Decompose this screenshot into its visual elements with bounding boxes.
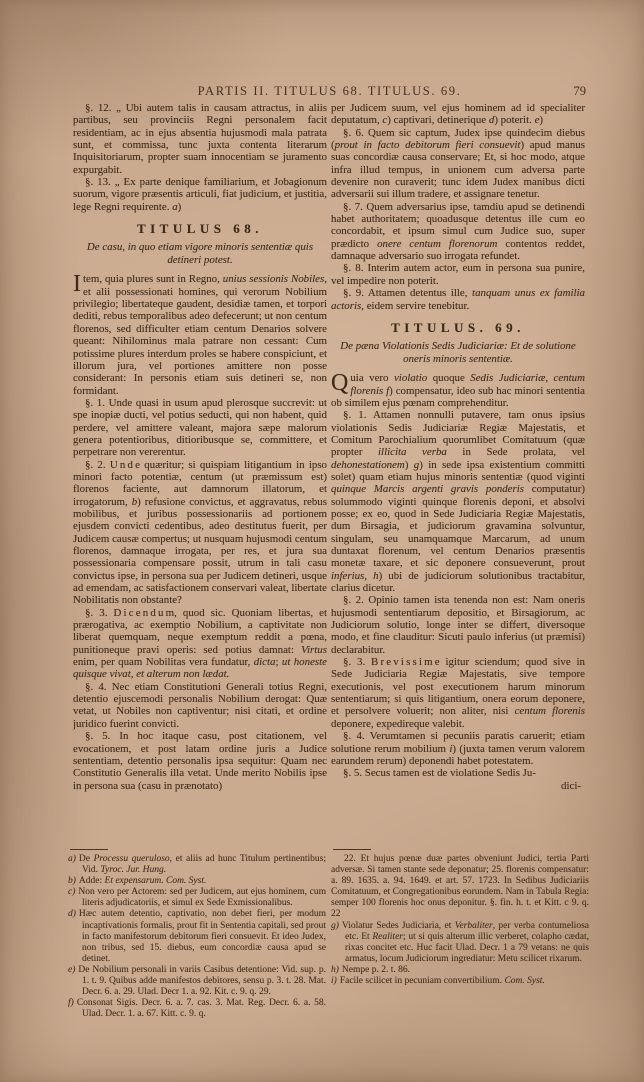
- footnote-marker: b): [68, 876, 79, 886]
- footnote-text: De Processu queruloso, et aliis ad hunc …: [79, 854, 326, 875]
- footnote-marker: i): [331, 976, 340, 986]
- footnote-text: Violatur Sedes Judiciaria, et Verbaliter…: [342, 921, 589, 964]
- footnote-i: i)Facile scilicet in pecuniam convertibi…: [331, 976, 589, 987]
- left-column: §. 12. „ Ubi autem talis in causam attra…: [73, 102, 327, 850]
- footnote-a: a)De Processu queruloso, et aliis ad hun…: [68, 854, 326, 876]
- page-header: PARTIS II. TITULUS 68. TITULUS. 69. 79: [73, 84, 586, 100]
- footnote-separator-rule: [333, 849, 371, 850]
- paragraph-t68-6: §. 6. Quem sic captum, Judex ipse quinde…: [331, 127, 585, 201]
- titulus-69-subtitle: De pæna Violationis Sedis Judiciariæ: Et…: [337, 340, 579, 365]
- paragraph-section-13: §. 13. „ Ex parte denique familiarium, e…: [73, 176, 327, 213]
- footnote-text: Adde: Et expensarum. Com. Syst.: [79, 876, 206, 886]
- footnote-continuation: 22. Et hujus pœnæ duæ partes obveniunt J…: [331, 854, 589, 921]
- paragraph-t68-4: §. 4. Nec etiam Constitutioni Generali t…: [73, 681, 327, 730]
- footnote-e: e)De Nobilium personali in variis Casibu…: [68, 965, 326, 998]
- footnote-b: b)Adde: Et expensarum. Com. Syst.: [68, 876, 326, 887]
- footnote-marker: f): [68, 998, 77, 1008]
- paragraph-t69-1: §. 1. Attamen nonnulli putavere, tam onu…: [331, 409, 585, 594]
- footnote-text: Non vero per Actorem: sed per Judicem, a…: [78, 887, 326, 908]
- paragraph-t68-9: §. 9. Attamen detentus ille, tanquam unu…: [331, 287, 585, 312]
- paragraph-item: Item, quia plures sunt in Regno, unius s…: [73, 273, 327, 396]
- footnote-text: Hæc autem detentio, captivatio, non debe…: [79, 909, 326, 963]
- footnote-text: Nempe p. 2. t. 86.: [342, 965, 410, 975]
- paragraph-t69-5: §. 5. Secus tamen est de violatione Sedi…: [331, 767, 585, 779]
- titulus-68-heading: TITULUS 68.: [73, 223, 327, 235]
- footnote-c: c)Non vero per Actorem: sed per Judicem,…: [68, 887, 326, 909]
- paragraph-quia: Quia vero violatio quoque Sedis Judiciar…: [331, 372, 585, 409]
- footnote-f: f)Consonat Sigis. Decr. 6. a. 7. cas. 3.…: [68, 998, 326, 1020]
- paragraph-t68-7: §. 7. Quem adversarius ipse, tamdiu apud…: [331, 201, 585, 263]
- titulus-68-subtitle: De casu, in quo etiam vigore minoris sen…: [79, 241, 321, 266]
- book-page-scan: PARTIS II. TITULUS 68. TITULUS. 69. 79 §…: [0, 0, 644, 1082]
- footnote-d: d)Hæc autem detentio, captivatio, non de…: [68, 909, 326, 964]
- footnote-text: Facile scilicet in pecuniam convertibili…: [340, 976, 545, 986]
- paragraph-section-12: §. 12. „ Ubi autem talis in causam attra…: [73, 102, 327, 176]
- footnotes-left-column: a)De Processu queruloso, et aliis ad hun…: [68, 849, 326, 1020]
- paragraph-t68-3: §. 3. D i c e n d u m, quod sic. Quoniam…: [73, 607, 327, 681]
- footnote-marker: a): [68, 854, 79, 864]
- paragraph-t69-4: §. 4. Verumtamen si pecuniis paratis car…: [331, 730, 585, 767]
- paragraph-continuation: per Judicem suum, vel ejus hominem ad id…: [331, 102, 585, 127]
- catchword: dici-: [331, 780, 585, 792]
- titulus-69-heading: TITULUS. 69.: [331, 322, 585, 334]
- footnote-text: Consonat Sigis. Decr. 6. a. 7. cas. 3. M…: [77, 998, 326, 1019]
- running-title: PARTIS II. TITULUS 68. TITULUS. 69.: [73, 84, 586, 99]
- footnote-text: De Nobilium personali in variis Casibus …: [78, 965, 326, 997]
- footnote-marker: c): [68, 887, 78, 897]
- footnotes-right-column: 22. Et hujus pœnæ duæ partes obveniunt J…: [331, 849, 589, 987]
- paragraph-t69-3: §. 3. B r e v i s s i m e igitur sciendu…: [331, 656, 585, 730]
- paragraph-t68-1: §. 1. Unde quasi in usum apud plerosque …: [73, 397, 327, 459]
- footnote-marker: g): [331, 921, 342, 931]
- footnote-separator-rule: [70, 849, 108, 850]
- paragraph-t68-8: §. 8. Interim autem actor, eum in person…: [331, 262, 585, 287]
- footnote-marker: e): [68, 965, 78, 975]
- footnote-text: 22. Et hujus pœnæ duæ partes obveniunt J…: [331, 854, 589, 919]
- footnote-marker: h): [331, 965, 342, 975]
- paragraph-t69-2: §. 2. Opinio tamen ista tenenda non est:…: [331, 594, 585, 656]
- footnote-g: g)Violatur Sedes Judiciaria, et Verbalit…: [331, 921, 589, 965]
- paragraph-t68-5: §. 5. In hoc itaque casu, post citatione…: [73, 730, 327, 792]
- footnote-h: h)Nempe p. 2. t. 86.: [331, 965, 589, 976]
- footnote-marker: d): [68, 909, 79, 919]
- paragraph-t68-2: §. 2. U n d e quæritur; si quispiam liti…: [73, 459, 327, 607]
- right-column: per Judicem suum, vel ejus hominem ad id…: [331, 102, 585, 850]
- page-number: 79: [573, 84, 586, 99]
